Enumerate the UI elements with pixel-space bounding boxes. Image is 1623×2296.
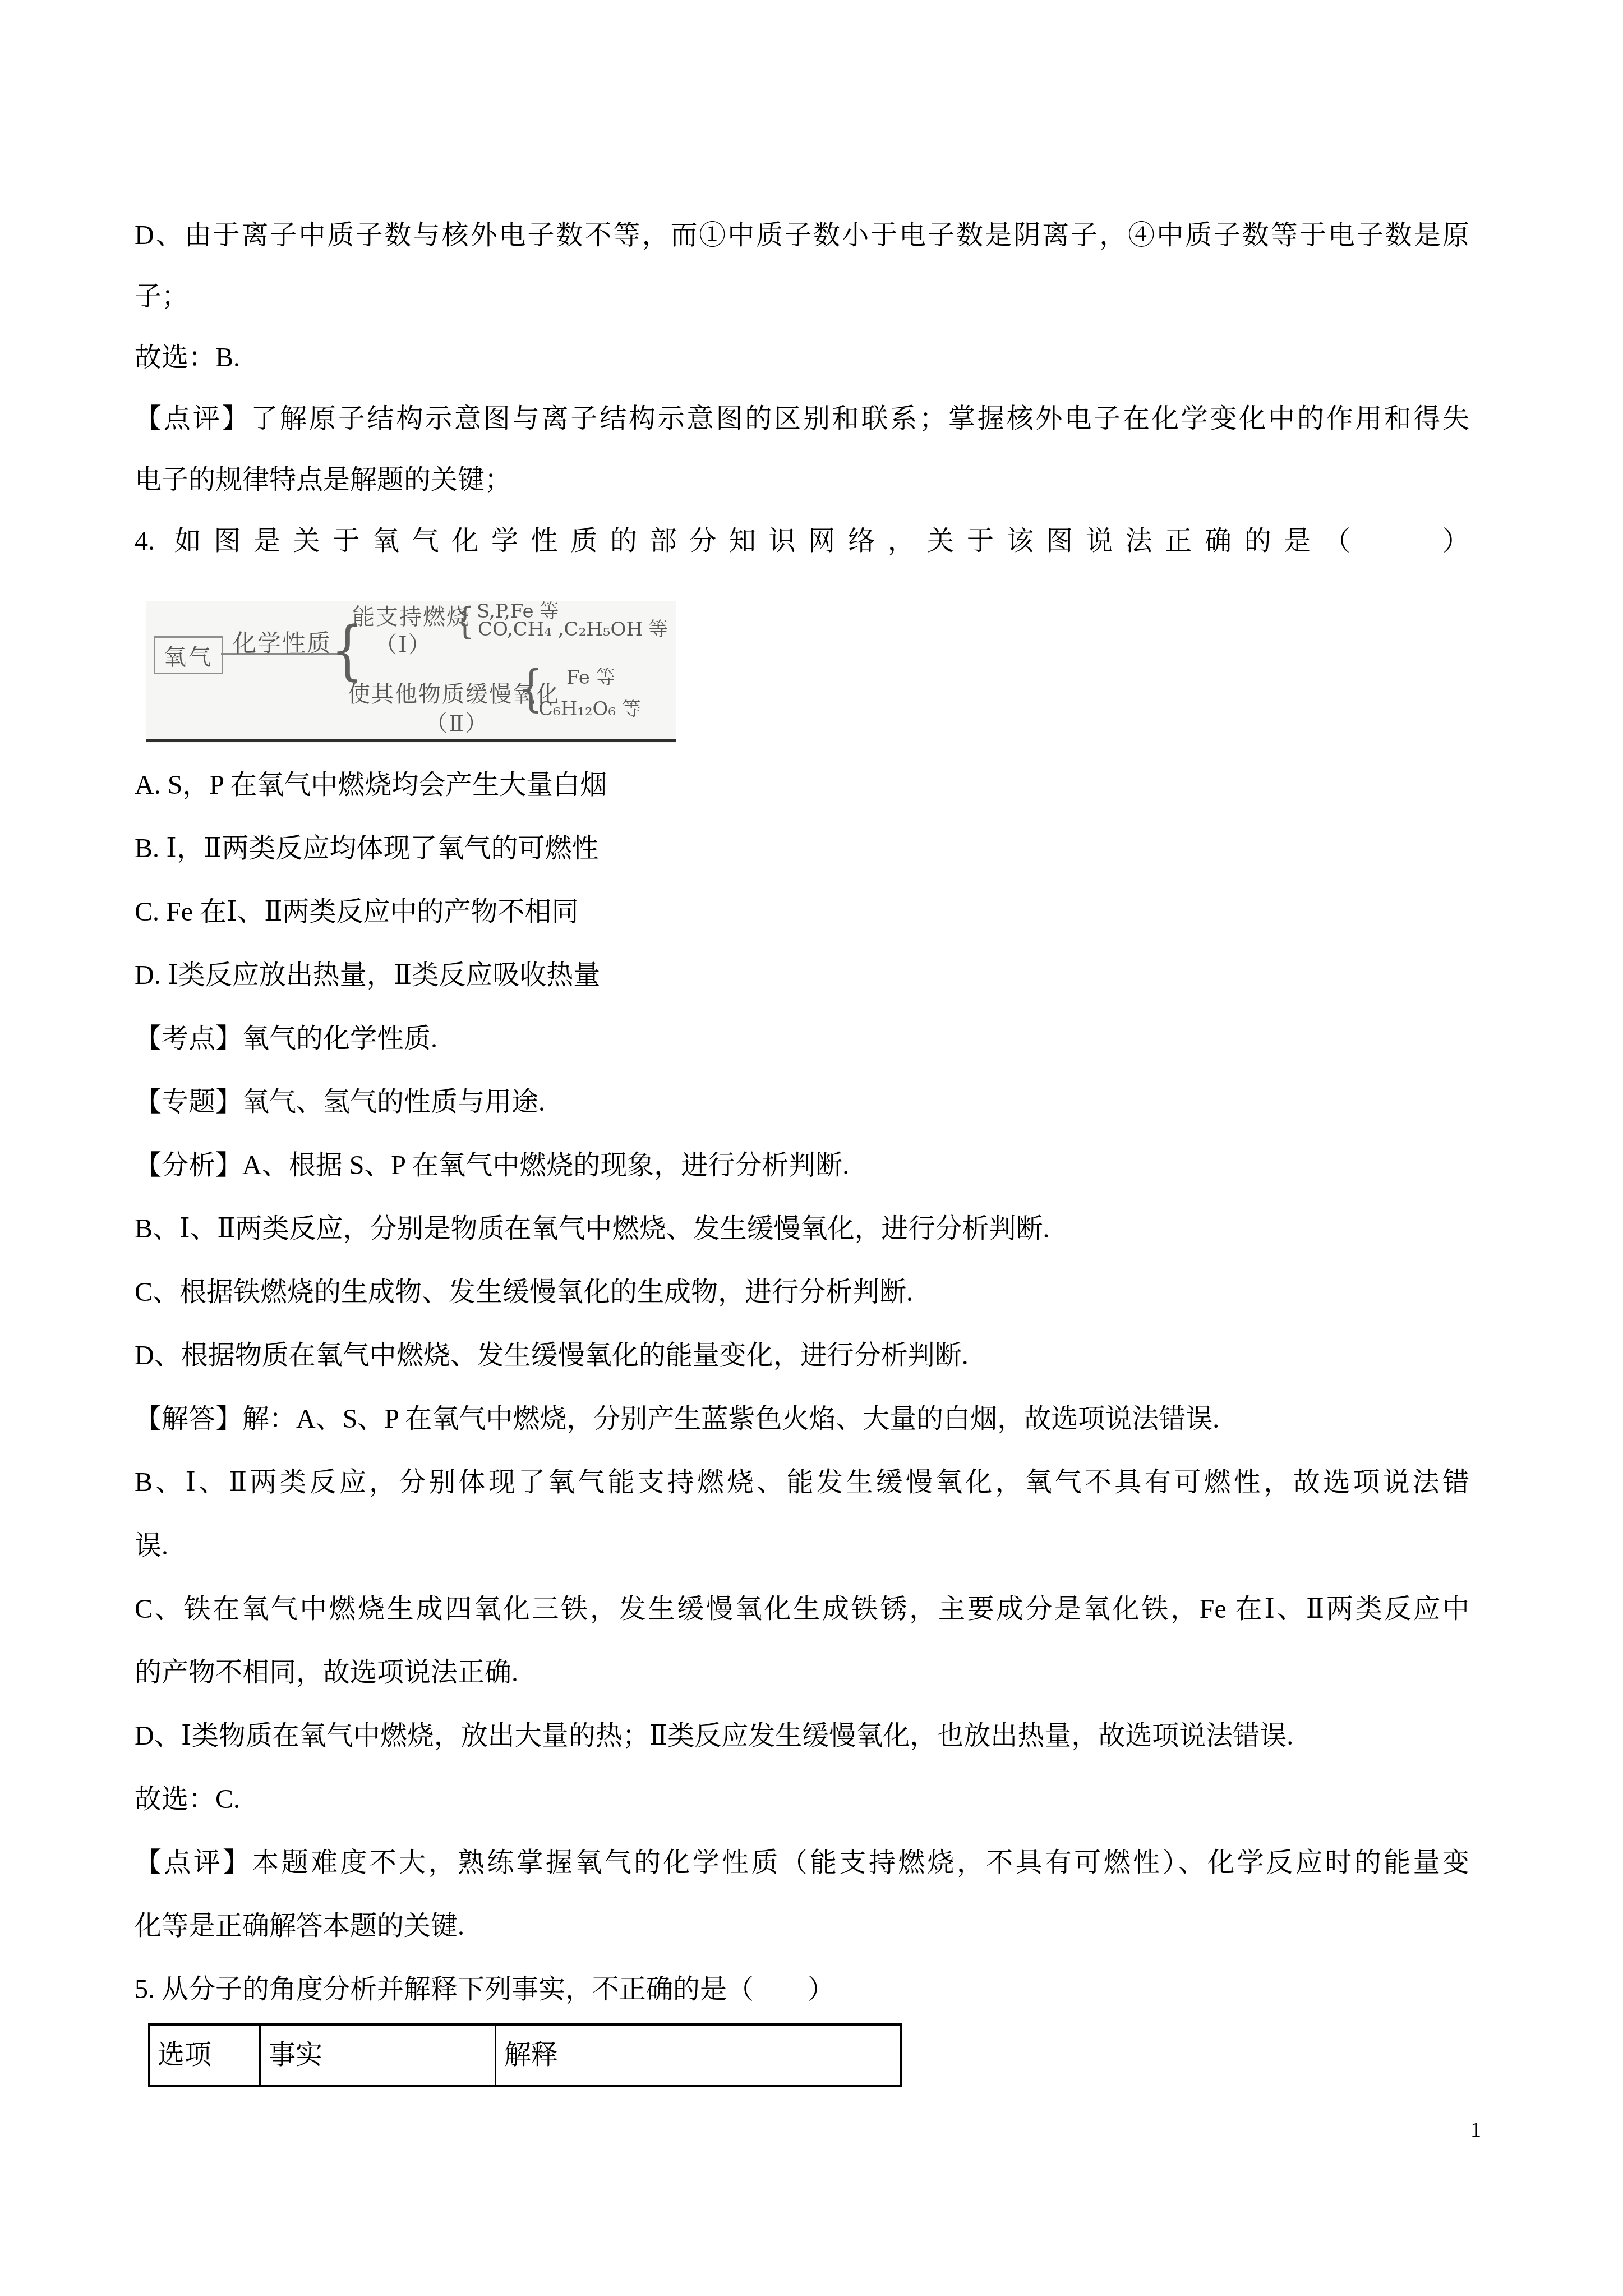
- answer-line: 故选：B.: [135, 327, 1469, 389]
- col-header-option: 选项: [149, 2024, 260, 2086]
- fenxi-line: B、Ⅰ、Ⅱ两类反应，分别是物质在氧气中燃烧、发生缓慢氧化，进行分析判断.: [135, 1198, 1469, 1260]
- jieda-line: C、铁在氧气中燃烧生成四氧化三铁，发生缓慢氧化生成铁锈，主要成分是氧化铁，Fe …: [135, 1579, 1469, 1640]
- question-5-table: 选项 事实 解释: [148, 2023, 902, 2087]
- chemical-properties-label: 化学性质: [233, 631, 331, 656]
- oxygen-diagram-content: 氧气 化学性质 { 能支持燃烧 { S,P,Fe 等 CO,CH₄ ,C₂H₅O…: [146, 601, 676, 743]
- text-line: D、由于离子中质子数与核外电子数不等，而①中质子数小于电子数是阴离子，④中质子数…: [135, 205, 1469, 266]
- branch1-brace-icon: {: [455, 602, 474, 639]
- fenxi-line: D、根据物质在氧气中燃烧、发生缓慢氧化的能量变化，进行分析判断.: [135, 1325, 1469, 1387]
- option-a: A. S，P 在氧气中燃烧均会产生大量白烟: [135, 754, 1469, 816]
- branch2-item-1: Fe 等: [566, 668, 615, 688]
- document-page: D、由于离子中质子数与核外电子数不等，而①中质子数小于电子数是阴离子，④中质子数…: [0, 0, 1623, 2296]
- fenxi-line: C、根据铁燃烧的生成物、发生缓慢氧化的生成物，进行分析判断.: [135, 1262, 1469, 1323]
- comment-line: 化等是正确解答本题的关键.: [135, 1895, 1469, 1957]
- page-number: 1: [1470, 2119, 1481, 2141]
- option-c: C. Fe 在Ⅰ、Ⅱ两类反应中的产物不相同: [135, 881, 1469, 943]
- branch1-item-2: CO,CH₄ ,C₂H₅OH 等: [478, 619, 668, 640]
- branch1-tag: （Ⅰ）: [375, 633, 432, 657]
- question-5-stem: 5. 从分子的角度分析并解释下列事实，不正确的是（ ）: [135, 1959, 1469, 2021]
- jieda-line: 【解答】解：A、S、P 在氧气中燃烧，分别产生蓝紫色火焰、大量的白烟，故选项说法…: [135, 1388, 1469, 1450]
- comment-line: 电子的规律特点是解题的关键；: [135, 449, 1469, 511]
- jieda-line: B、Ⅰ、Ⅱ两类反应，分别体现了氧气能支持燃烧、能发生缓慢氧化，氧气不具有可燃性，…: [135, 1452, 1469, 1513]
- oxygen-diagram-image: 氧气 化学性质 { 能支持燃烧 { S,P,Fe 等 CO,CH₄ ,C₂H₅O…: [146, 601, 676, 743]
- jieda-line: 误.: [135, 1515, 1469, 1577]
- comment-line: 【点评】了解原子结构示意图与离子结构示意图的区别和联系；掌握核外电子在化学变化中…: [135, 388, 1469, 450]
- scan-bottom-line: [146, 739, 676, 742]
- comment-line: 【点评】本题难度不大，熟练掌握氧气的化学性质（能支持燃烧，不具有可燃性）、化学反…: [135, 1832, 1469, 1894]
- branch2-tag: （Ⅱ）: [425, 711, 488, 736]
- jieda-line: D、Ⅰ类物质在氧气中燃烧，放出大量的热；Ⅱ类反应发生缓慢氧化，也放出热量，故选项…: [135, 1705, 1469, 1767]
- question-4-stem: 4. 如图是关于氧气化学性质的部分知识网络，关于该图说法正确的是（ ）: [135, 510, 1469, 572]
- table-header-row: 选项 事实 解释: [149, 2024, 901, 2086]
- branch2-item-2: C₆H₁₂O₆ 等: [538, 699, 641, 720]
- answer-line: 故选：C.: [135, 1769, 1469, 1830]
- fenxi-line: 【分析】A、根据 S、P 在氧气中燃烧的现象，进行分析判断.: [135, 1135, 1469, 1197]
- col-header-fact: 事实: [260, 2024, 496, 2086]
- text-line: 子；: [135, 266, 1469, 328]
- option-d: D. Ⅰ类反应放出热量，Ⅱ类反应吸收热量: [135, 945, 1469, 1006]
- branch1-title: 能支持燃烧: [352, 605, 470, 629]
- oxygen-node-box: 氧气: [154, 636, 223, 674]
- col-header-explanation: 解释: [496, 2024, 901, 2086]
- jieda-line: 的产物不相同，故选项说法正确.: [135, 1642, 1469, 1704]
- option-b: B. Ⅰ，Ⅱ两类反应均体现了氧气的可燃性: [135, 818, 1469, 880]
- kaodian-line: 【考点】氧气的化学性质.: [135, 1008, 1469, 1070]
- zhuanti-line: 【专题】氧气、氢气的性质与用途.: [135, 1071, 1469, 1133]
- oxygen-node-label: 氧气: [164, 639, 213, 671]
